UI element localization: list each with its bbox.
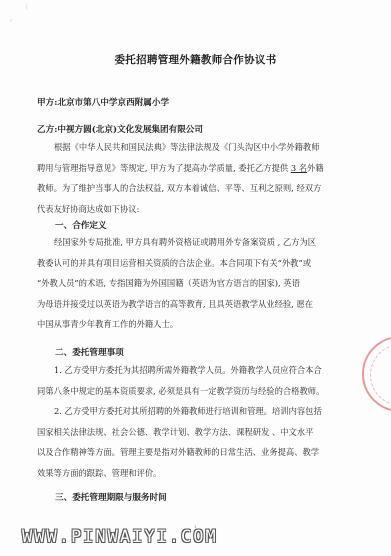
paragraph-line: “外教人员”的术语, 专指国籍为外国国籍（英语为官方语言的国家), 英语 [37,273,355,294]
section-heading-3: 三、委托管理期限与服务时间 [55,491,167,503]
intro-paragraph: 根据《中华人民共和国民法典》等法律法规及《门头沟区中小学外籍教师 聘用与管理指导… [37,137,355,219]
section-heading-1: 一、合作定义 [55,219,107,231]
teacher-count: 3 名 [291,163,307,173]
party-a: 甲方:北京市第八中学京西附属小学 [37,96,169,108]
intro-line: 代表友好协商达成如下协议: [37,199,355,220]
paragraph-line: 国家相关法律法规、社会公德、教学计划、教学方法、课程研发 、中文水平 [37,422,355,443]
scan-artifact: ⸗ [10,18,12,24]
scan-artifact: ⁞ [26,5,28,11]
paragraph-line: 经国家外专局批准, 甲方具有聘外资格证或聘用外专备案资质 , 乙方为区 [37,232,355,253]
paragraph-line: 效果等方面的跟踪、管理和评价。 [37,463,355,484]
site-watermark: WWW.PINWAIYI.COM [22,527,218,547]
document-title: 委托招聘管理外籍教师合作协议书 [0,52,391,67]
paragraph-line: 为母语并接受过以英语为教学语言的高等教育, 且具英语教学从业经验, 愿在 [37,294,355,315]
party-b: 乙方:中视方圆(北京)文化发展集团有限公司 [37,123,203,135]
paragraph-line: 教委认可的并具有项目运营相关资质的合法企业。本合同项下有关“外教”或 [37,253,355,274]
intro-line: 聘用与管理指导意见》等规定, 甲方为了提高办学质量, 委托乙方提供 3 名外籍 [37,158,355,179]
section-1-paragraph: 经国家外专局批准, 甲方具有聘外资格证或聘用外专备案资质 , 乙方为区 教委认可… [37,232,355,335]
paragraph-line: 2. 乙方受甲方委托对其所招聘的外籍教师进行培训和管理。培训内容包括 [37,401,355,422]
section-2-paragraph-1: 1. 乙方受甲方委托为其招聘所需外籍教学人员。外籍教学人员应符合本合 同第八条中… [37,360,355,401]
document-page: ⁞ ⸗ 委托招聘管理外籍教师合作协议书 甲方:北京市第八中学京西附属小学 乙方:… [0,0,391,556]
paragraph-line: 中国从事青少年教育工作的外籍人士。 [37,314,355,335]
intro-line: 根据《中华人民共和国民法典》等法律法规及《门头沟区中小学外籍教师 [37,137,355,158]
seal-inner-ring [370,344,391,406]
paragraph-line: 以及合作精神等方面。管理主要是指对外籍教师的日常生活、业务提高、教学 [37,442,355,463]
section-heading-2: 二、委托管理事项 [55,346,124,358]
paragraph-line: 1. 乙方受甲方委托为其招聘所需外籍教学人员。外籍教学人员应符合本合 [37,360,355,381]
company-seal-stamp [362,336,391,412]
section-2-paragraph-2: 2. 乙方受甲方委托对其所招聘的外籍教师进行培训和管理。培训内容包括 国家相关法… [37,401,355,483]
paragraph-line: 同第八条中规定的基本资质要求, 必须是具有一定教学资历与经验的合格教师。 [37,381,355,402]
intro-line: 教师。为了维护当事人的合法权益, 双方本着诚信、平等、互利之原则, 经双方 [37,178,355,199]
